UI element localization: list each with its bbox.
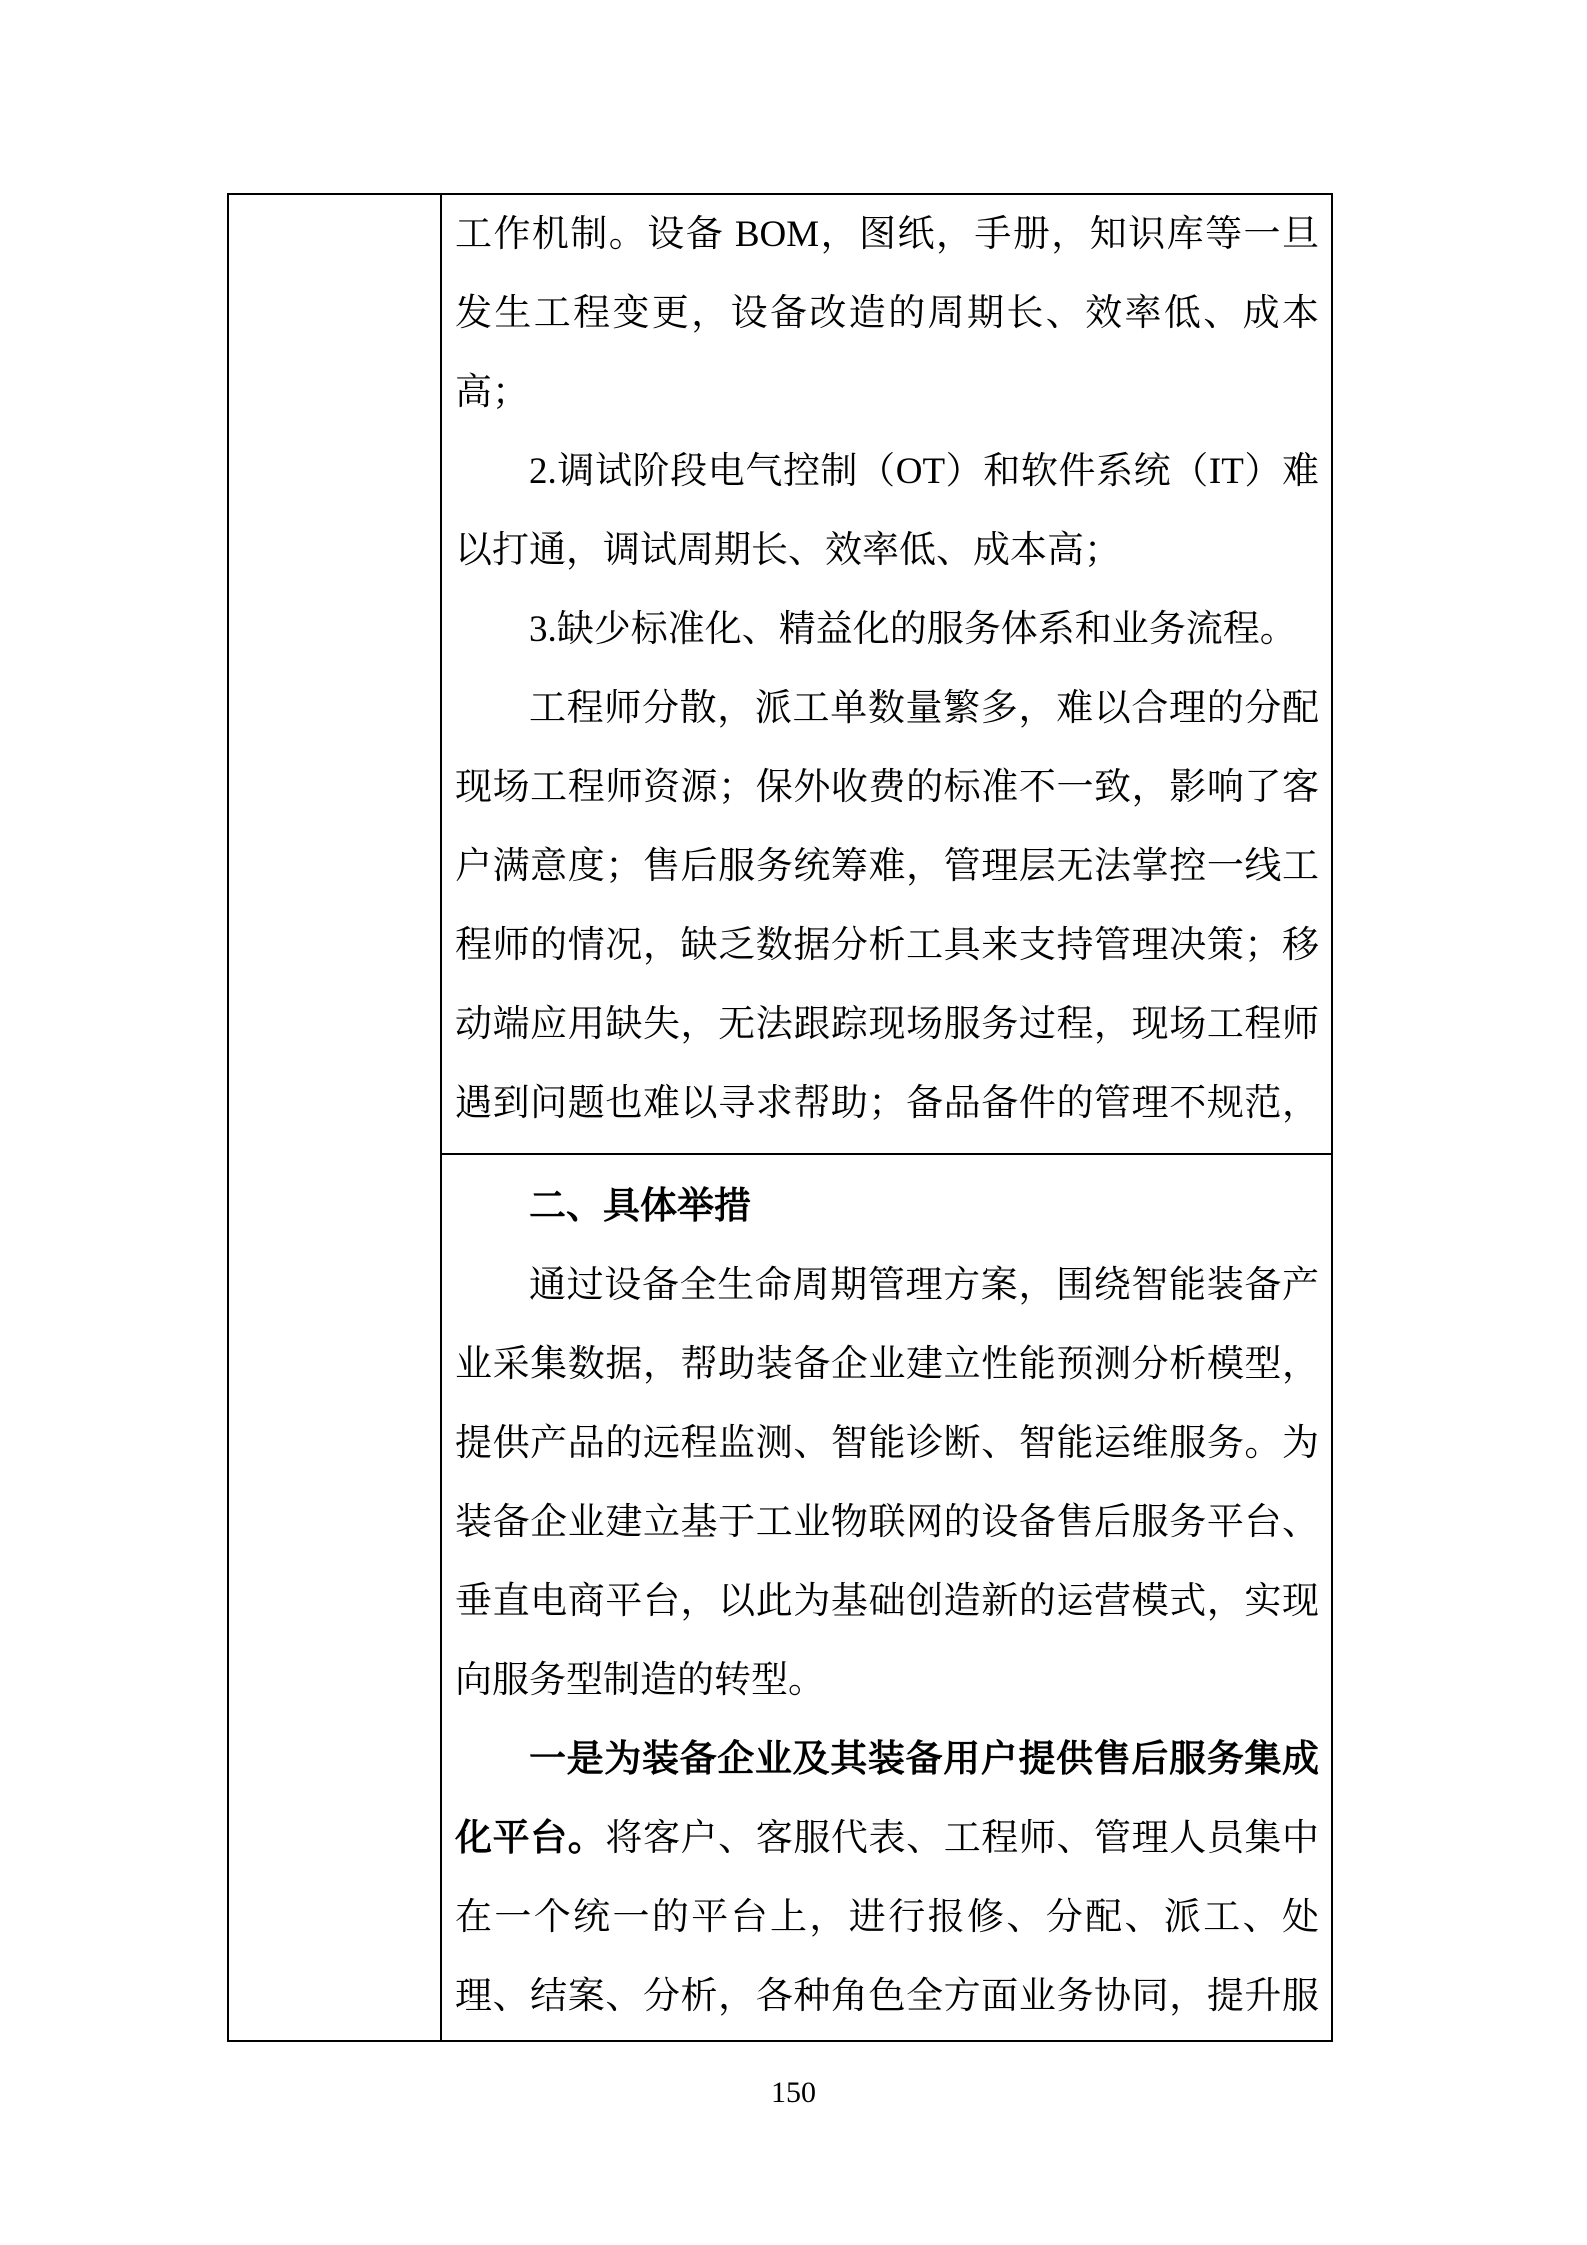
paragraph: 工作机制。设备 BOM，图纸，手册，知识库等一旦发生工程变更，设备改造的周期长、…: [455, 195, 1319, 432]
paragraph: 工程师分散，派工单数量繁多，难以合理的分配现场工程师资源；保外收费的标准不一致，…: [455, 669, 1319, 1155]
document-page: 工作机制。设备 BOM，图纸，手册，知识库等一旦发生工程变更，设备改造的周期长、…: [0, 0, 1587, 2245]
table-left-empty-cell: [229, 195, 442, 2040]
paragraph: 二、具体举措: [455, 1167, 1319, 1246]
content-table: 工作机制。设备 BOM，图纸，手册，知识库等一旦发生工程变更，设备改造的周期长、…: [227, 193, 1333, 2042]
text-run: 2.调试阶段电气控制（OT）和软件系统（IT）难以打通，调试周期长、效率低、成本…: [455, 451, 1319, 571]
text-run: 通过设备全生命周期管理方案，围绕智能装备产业采集数据，帮助装备企业建立性能预测分…: [455, 1265, 1319, 1701]
paragraph: 一是为装备企业及其装备用户提供售后服务集成化平台。将客户、客服代表、工程师、管理…: [455, 1720, 1319, 2040]
page-number: 150: [0, 2074, 1587, 2112]
text-run: 工程师分散，派工单数量繁多，难以合理的分配现场工程师资源；保外收费的标准不一致，…: [455, 688, 1319, 1155]
text-run: 二、具体举措: [529, 1186, 751, 1227]
paragraph: 2.调试阶段电气控制（OT）和软件系统（IT）难以打通，调试周期长、效率低、成本…: [455, 432, 1319, 590]
text-run: 3.缺少标准化、精益化的服务体系和业务流程。: [529, 609, 1297, 650]
table-right-column: 工作机制。设备 BOM，图纸，手册，知识库等一旦发生工程变更，设备改造的周期长、…: [442, 195, 1331, 2040]
table-cell-problems: 工作机制。设备 BOM，图纸，手册，知识库等一旦发生工程变更，设备改造的周期长、…: [442, 195, 1331, 1155]
text-run: 工作机制。设备 BOM，图纸，手册，知识库等一旦发生工程变更，设备改造的周期长、…: [455, 214, 1319, 413]
table-cell-measures: 二、具体举措通过设备全生命周期管理方案，围绕智能装备产业采集数据，帮助装备企业建…: [442, 1155, 1331, 2040]
paragraph: 3.缺少标准化、精益化的服务体系和业务流程。: [455, 590, 1319, 669]
paragraph: 通过设备全生命周期管理方案，围绕智能装备产业采集数据，帮助装备企业建立性能预测分…: [455, 1246, 1319, 1720]
